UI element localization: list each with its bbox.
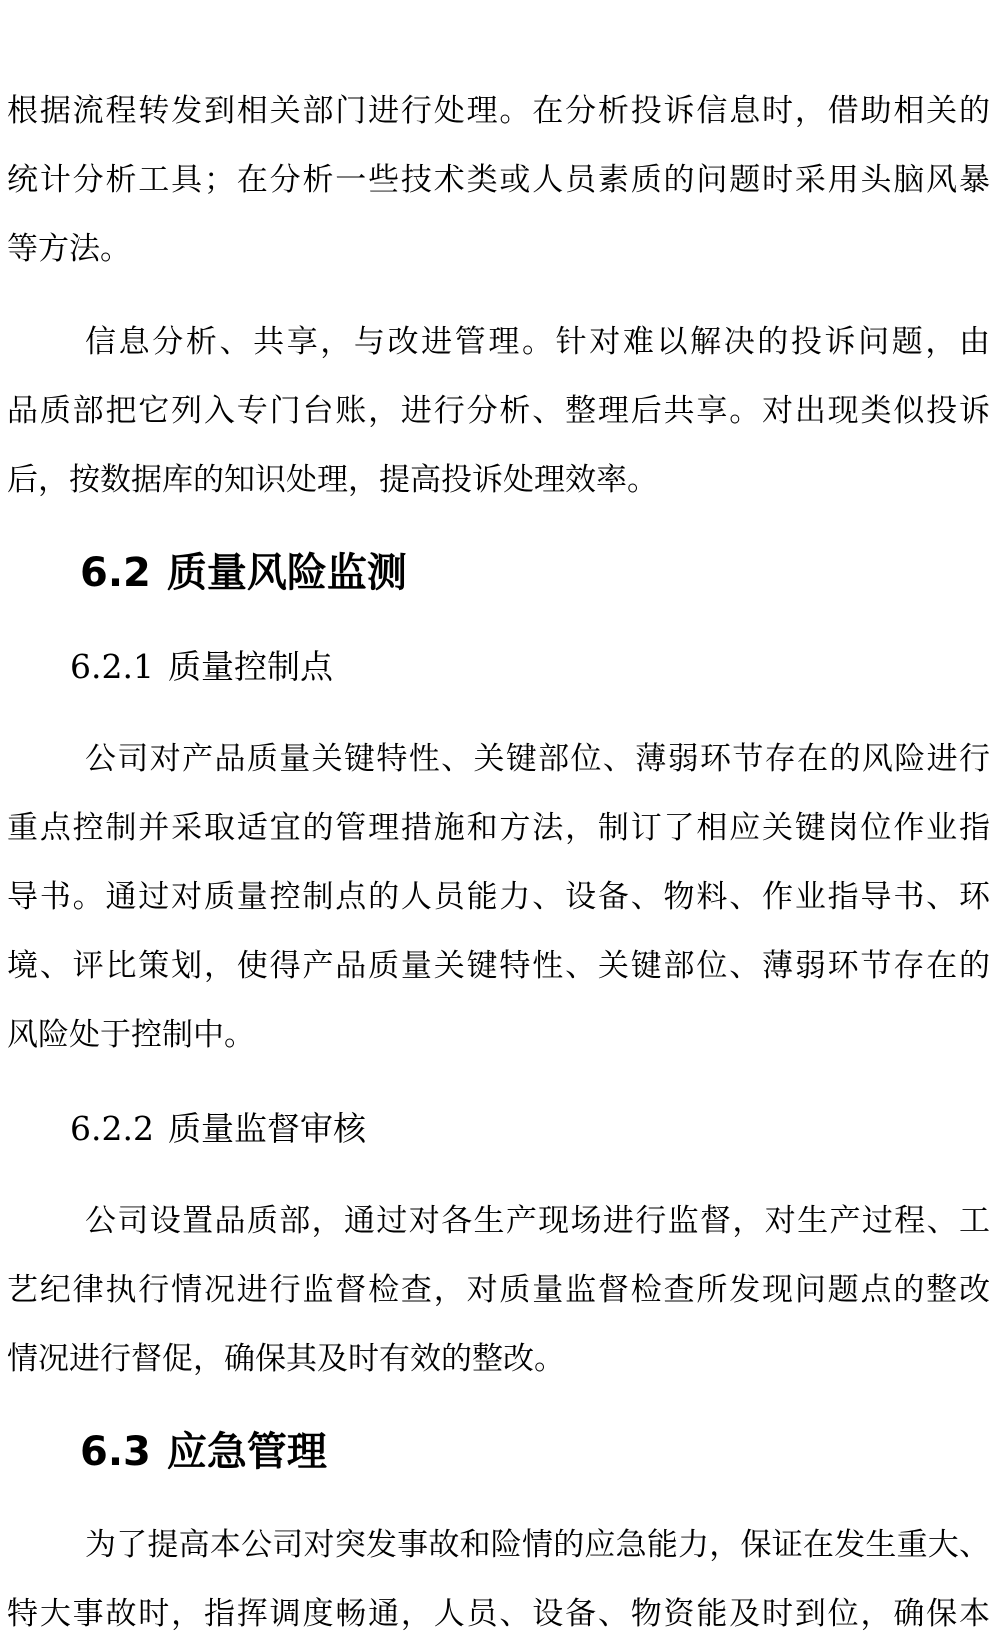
- text-line: 根据流程转发到相关部门进行处理。在分析投诉信息时，借助相关的: [7, 77, 990, 146]
- text-line: 公司设置品质部，通过对各生产现场进行监督，对生产过程、工: [7, 1187, 990, 1256]
- heading-title: 质量监督审核: [168, 1109, 366, 1148]
- heading-number: 6.3: [80, 1429, 151, 1475]
- paragraph: 为了提高本公司对突发事故和险情的应急能力，保证在发生重大、特大事故时，指挥调度畅…: [7, 1511, 990, 1642]
- paragraph: 根据流程转发到相关部门进行处理。在分析投诉信息时，借助相关的统计分析工具；在分析…: [7, 77, 990, 284]
- section-heading: 6.3应急管理: [7, 1418, 990, 1487]
- text-line: 后，按数据库的知识处理，提高投诉处理效率。: [7, 446, 990, 515]
- heading-number: 6.2: [80, 550, 151, 596]
- paragraph: 公司对产品质量关键特性、关键部位、薄弱环节存在的风险进行重点控制并采取适宜的管理…: [7, 725, 990, 1070]
- subsection-heading: 6.2.2质量监督审核: [7, 1094, 990, 1163]
- text-line: 艺纪律执行情况进行监督检查，对质量监督检查所发现问题点的整改: [7, 1256, 990, 1325]
- paragraph: 信息分析、共享，与改进管理。针对难以解决的投诉问题，由品质部把它列入专门台账，进…: [7, 308, 990, 515]
- text-line: 公司对产品质量关键特性、关键部位、薄弱环节存在的风险进行: [7, 725, 990, 794]
- text-line: 信息分析、共享，与改进管理。针对难以解决的投诉问题，由: [7, 308, 990, 377]
- section-heading: 6.2质量风险监测: [7, 539, 990, 608]
- text-line: 统计分析工具；在分析一些技术类或人员素质的问题时采用头脑风暴: [7, 146, 990, 215]
- text-line: 重点控制并采取适宜的管理措施和方法，制订了相应关键岗位作业指: [7, 794, 990, 863]
- heading-title: 应急管理: [167, 1429, 327, 1475]
- paragraph: 公司设置品质部，通过对各生产现场进行监督，对生产过程、工艺纪律执行情况进行监督检…: [7, 1187, 990, 1394]
- text-line: 特大事故时，指挥调度畅通，人员、设备、物资能及时到位，确保本: [7, 1580, 990, 1642]
- text-line: 风险处于控制中。: [7, 1001, 990, 1070]
- text-line: 品质部把它列入专门台账，进行分析、整理后共享。对出现类似投诉: [7, 377, 990, 446]
- heading-title: 质量控制点: [168, 647, 333, 686]
- document-page: 根据流程转发到相关部门进行处理。在分析投诉信息时，借助相关的统计分析工具；在分析…: [0, 0, 1000, 1642]
- text-line: 等方法。: [7, 215, 990, 284]
- heading-number: 6.2.1: [70, 647, 154, 686]
- subsection-heading: 6.2.1质量控制点: [7, 632, 990, 701]
- text-line: 境、评比策划，使得产品质量关键特性、关键部位、薄弱环节存在的: [7, 932, 990, 1001]
- text-line: 情况进行督促，确保其及时有效的整改。: [7, 1325, 990, 1394]
- heading-title: 质量风险监测: [167, 550, 407, 596]
- text-line: 为了提高本公司对突发事故和险情的应急能力，保证在发生重大、: [7, 1511, 990, 1580]
- heading-number: 6.2.2: [70, 1109, 154, 1148]
- text-line: 导书。通过对质量控制点的人员能力、设备、物料、作业指导书、环: [7, 863, 990, 932]
